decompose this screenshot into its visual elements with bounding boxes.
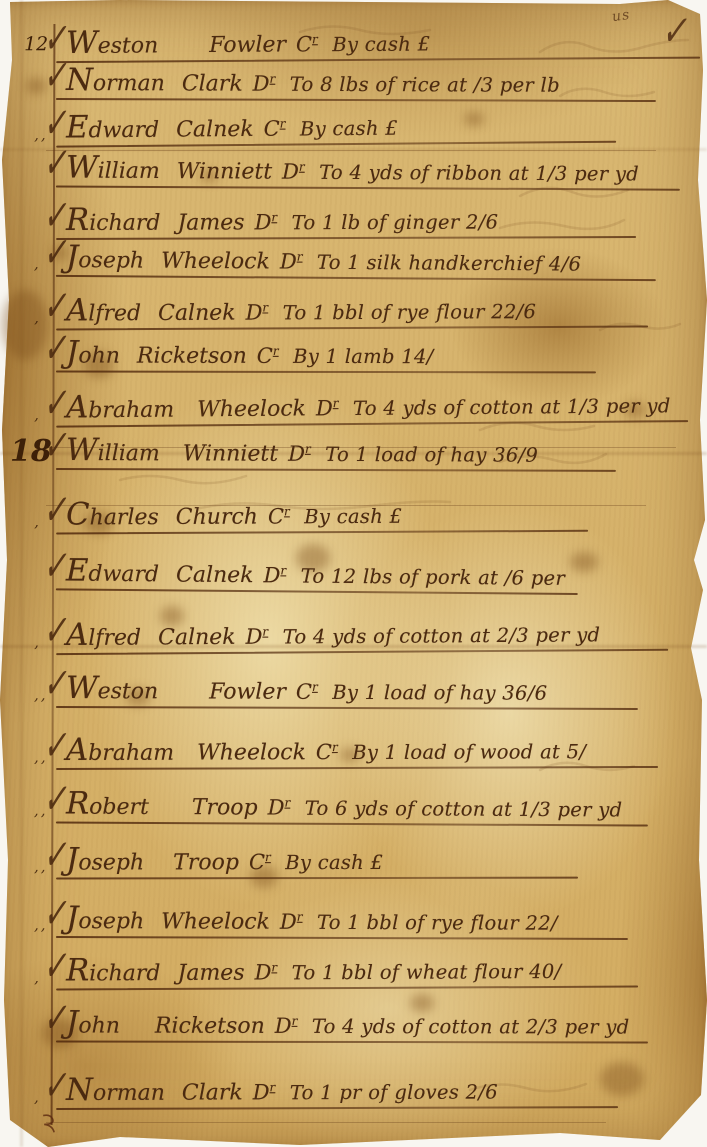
entry-name: Robert Troop bbox=[66, 789, 258, 821]
entry-debit-credit: Dr bbox=[316, 396, 339, 420]
row-margin-note: , bbox=[34, 635, 41, 650]
entry-detail: By 1 lamb 14/ bbox=[287, 345, 434, 368]
ledger-row: , ✓ Abraham WheelockDr To 4 yds of cotto… bbox=[0, 379, 707, 427]
entry-detail: To 4 yds of cotton at 1/3 per yd bbox=[346, 394, 670, 420]
ledger-entry-text: William WinniettDr To 1 load of hay 36/9 bbox=[66, 435, 538, 467]
entry-detail: By 1 load of wood at 5/ bbox=[346, 740, 587, 764]
ledger-row: ✓ Edward CalnekDr To 12 lbs of pork at /… bbox=[0, 547, 707, 595]
ledger-row: ,, ✓ Joseph WheelockDr To 1 bbl of rye f… bbox=[0, 895, 707, 939]
entry-debit-credit: Dr bbox=[288, 442, 311, 466]
entry-name: Charles Church bbox=[66, 499, 258, 531]
entry-detail: To 1 pr of gloves 2/6 bbox=[283, 1081, 498, 1105]
ledger-entry-text: Edward CalnekCr By cash £ bbox=[66, 110, 398, 144]
entry-detail: To 1 load of hay 36/9 bbox=[319, 443, 539, 467]
entry-name: Weston Fowler bbox=[66, 673, 286, 705]
entry-name: Edward Calnek bbox=[66, 111, 254, 143]
ledger-row: ✓ John RicketsonCr By 1 lamb 14/ bbox=[0, 329, 707, 372]
entry-debit-credit: Dr bbox=[246, 625, 269, 649]
entry-name: John Ricketson bbox=[66, 338, 247, 369]
ledger-entry-text: Weston FowlerCr By 1 load of hay 36/6 bbox=[66, 673, 547, 705]
ledger-row: ,, ✓ Robert TroopDr To 6 yds of cotton a… bbox=[0, 780, 707, 826]
ledger-entry-text: Joseph WheelockDr To 1 bbl of rye flour … bbox=[66, 903, 558, 936]
ledger-row: ,, ✓ Abraham WheelockCr By 1 load of woo… bbox=[0, 725, 707, 769]
entry-detail: To 1 bbl of rye flour 22/6 bbox=[276, 300, 536, 324]
ledger-entry-text: Richard JamesDr To 1 lb of ginger 2/6 bbox=[66, 204, 498, 236]
entry-name: William Winniett bbox=[66, 153, 272, 185]
entry-debit-credit: Cr bbox=[249, 850, 271, 874]
entry-debit-credit: Cr bbox=[316, 740, 338, 764]
ledger-row: , ✓ Alfred CalnekDr To 1 bbl of rye flou… bbox=[0, 284, 707, 330]
entry-debit-credit: Dr bbox=[280, 250, 303, 274]
entry-name: Joseph Wheelock bbox=[66, 242, 270, 274]
entry-name: Norman Clark bbox=[66, 65, 243, 96]
ledger-entry-text: Charles ChurchCr By cash £ bbox=[66, 498, 402, 531]
entry-detail: To 4 yds of ribbon at 1/3 per yd bbox=[313, 161, 639, 186]
entry-name: Richard James bbox=[66, 205, 245, 236]
entry-debit-credit: Cr bbox=[296, 32, 318, 56]
ledger-row: , ✓ Joseph WheelockDr To 1 silk handkerc… bbox=[0, 234, 707, 281]
entry-detail: To 1 silk handkerchief 4/6 bbox=[310, 251, 581, 276]
ledger-row: ✓ John RicketsonDr To 4 yds of cotton at… bbox=[0, 999, 707, 1042]
ledger-entry-text: Joseph TroopCr By cash £ bbox=[66, 844, 383, 875]
entry-name: Abraham Wheelock bbox=[66, 734, 306, 766]
ledger-row: 12 ✓ Weston FowlerCr By cash £ bbox=[0, 16, 707, 63]
ledger-row: ,, ✓ Weston FowlerCr By 1 load of hay 36… bbox=[0, 665, 707, 709]
ledger-entry-text: Alfred CalnekDr To 1 bbl of rye flour 22… bbox=[66, 293, 536, 326]
entry-debit-credit: Dr bbox=[263, 563, 286, 587]
entry-debit-credit: Dr bbox=[282, 160, 305, 184]
entry-detail: To 6 yds of cotton at 1/3 per yd bbox=[298, 797, 622, 822]
entry-debit-credit: Dr bbox=[253, 72, 276, 96]
ledger-row: ✓ William WinniettDr To 4 yds of ribbon … bbox=[0, 144, 707, 190]
ledger-row: , ✓ Charles ChurchCr By cash £ bbox=[0, 488, 707, 534]
entry-detail: By 1 load of hay 36/6 bbox=[326, 681, 548, 705]
ledger-entry-text: Edward CalnekDr To 12 lbs of pork at /6 … bbox=[66, 556, 565, 591]
entry-debit-credit: Dr bbox=[268, 796, 291, 820]
row-margin-note: , bbox=[34, 408, 41, 423]
ledger-entry-text: Robert TroopDr To 6 yds of cotton at 1/3… bbox=[66, 789, 623, 823]
entry-name: William Winniett bbox=[66, 435, 278, 467]
row-margin-note: , bbox=[34, 1090, 41, 1105]
entry-name: John Ricketson bbox=[66, 1008, 265, 1039]
entry-name: Richard James bbox=[66, 955, 245, 987]
entry-detail: To 8 lbs of rice at /3 per lb bbox=[283, 73, 560, 97]
faint-rule-line bbox=[46, 1122, 606, 1123]
ledger-entry-text: Norman ClarkDr To 8 lbs of rice at /3 pe… bbox=[66, 65, 560, 98]
row-margin-note: , bbox=[34, 311, 41, 326]
ledger-row: , ✓ Alfred CalnekDr To 4 yds of cotton a… bbox=[0, 608, 707, 655]
ledger-row: ,, ✓ Edward CalnekCr By cash £ bbox=[0, 99, 707, 147]
entry-detail: To 4 yds of cotton at 2/3 per yd bbox=[305, 1015, 629, 1039]
ledger-row: , ✓ Richard JamesDr To 1 bbl of wheat fl… bbox=[0, 944, 707, 990]
entry-detail: To 4 yds of cotton at 2/3 per yd bbox=[276, 623, 600, 648]
ledger-row: ✓ Norman ClarkDr To 8 lbs of rice at /3 … bbox=[0, 57, 707, 101]
scanned-ledger-page: { "page": { "type": "handwritten account… bbox=[0, 0, 707, 1147]
entry-detail: To 1 lb of ginger 2/6 bbox=[285, 211, 498, 235]
entry-debit-credit: Dr bbox=[280, 910, 303, 934]
entry-name: Edward Calnek bbox=[66, 556, 254, 588]
entry-name: Abraham Wheelock bbox=[66, 391, 306, 424]
entry-name: Alfred Calnek bbox=[66, 295, 236, 327]
entry-debit-credit: Dr bbox=[253, 1080, 276, 1104]
entry-debit-credit: Dr bbox=[275, 1014, 298, 1038]
ledger-entry-text: Abraham WheelockCr By 1 load of wood at … bbox=[66, 733, 586, 766]
entry-detail: To 1 bbl of wheat flour 40/ bbox=[285, 960, 561, 984]
entry-name: Norman Clark bbox=[66, 1075, 243, 1106]
entry-debit-credit: Cr bbox=[268, 505, 290, 529]
row-margin-note: , bbox=[34, 971, 41, 986]
entry-debit-credit: Dr bbox=[255, 210, 278, 234]
ledger-row: , ✓ Norman ClarkDr To 1 pr of gloves 2/6 bbox=[0, 1065, 707, 1109]
entry-name: Alfred Calnek bbox=[66, 619, 236, 651]
entry-name: Weston Fowler bbox=[66, 27, 286, 59]
ledger-entry-text: Abraham WheelockDr To 4 yds of cotton at… bbox=[66, 387, 671, 423]
row-margin-note: , bbox=[34, 515, 41, 530]
entry-debit-credit: Cr bbox=[296, 680, 318, 704]
entry-detail: By cash £ bbox=[293, 117, 398, 141]
entry-debit-credit: Cr bbox=[264, 117, 286, 141]
entry-detail: By cash £ bbox=[279, 851, 384, 874]
ledger-row: 18 ✓ William WinniettDr To 1 load of hay… bbox=[0, 427, 707, 471]
entry-detail: To 1 bbl of rye flour 22/ bbox=[310, 911, 557, 935]
ledger-entry-text: Richard JamesDr To 1 bbl of wheat flour … bbox=[66, 953, 562, 986]
entry-detail: By cash £ bbox=[326, 33, 431, 57]
ledger-entry-text: William WinniettDr To 4 yds of ribbon at… bbox=[66, 153, 639, 187]
ledger-entry-text: Joseph WheelockDr To 1 silk handkerchief… bbox=[66, 242, 582, 276]
ledger-entry-text: John RicketsonCr By 1 lamb 14/ bbox=[66, 338, 434, 369]
entry-debit-credit: Dr bbox=[246, 301, 269, 325]
ledger-row: ,, ✓ Joseph TroopCr By cash £ bbox=[0, 835, 707, 878]
entry-detail: By cash £ bbox=[298, 505, 403, 529]
entry-debit-credit: Dr bbox=[255, 961, 278, 985]
entry-debit-credit: Cr bbox=[257, 344, 279, 368]
entry-name: Joseph Wheelock bbox=[66, 903, 270, 935]
ledger-row: ✓ Richard JamesDr To 1 lb of ginger 2/6 bbox=[0, 195, 707, 239]
ledger-entry-text: Alfred CalnekDr To 4 yds of cotton at 2/… bbox=[66, 616, 600, 651]
entry-name: Joseph Troop bbox=[66, 844, 239, 875]
row-margin-note: , bbox=[34, 257, 41, 272]
ledger-entry-text: Weston FowlerCr By cash £ bbox=[66, 26, 430, 59]
entry-detail: To 12 lbs of pork at /6 per bbox=[294, 565, 565, 590]
ledger-entry-text: Norman ClarkDr To 1 pr of gloves 2/6 bbox=[66, 1074, 498, 1106]
ledger-entry-text: John RicketsonDr To 4 yds of cotton at 2… bbox=[66, 1008, 630, 1040]
